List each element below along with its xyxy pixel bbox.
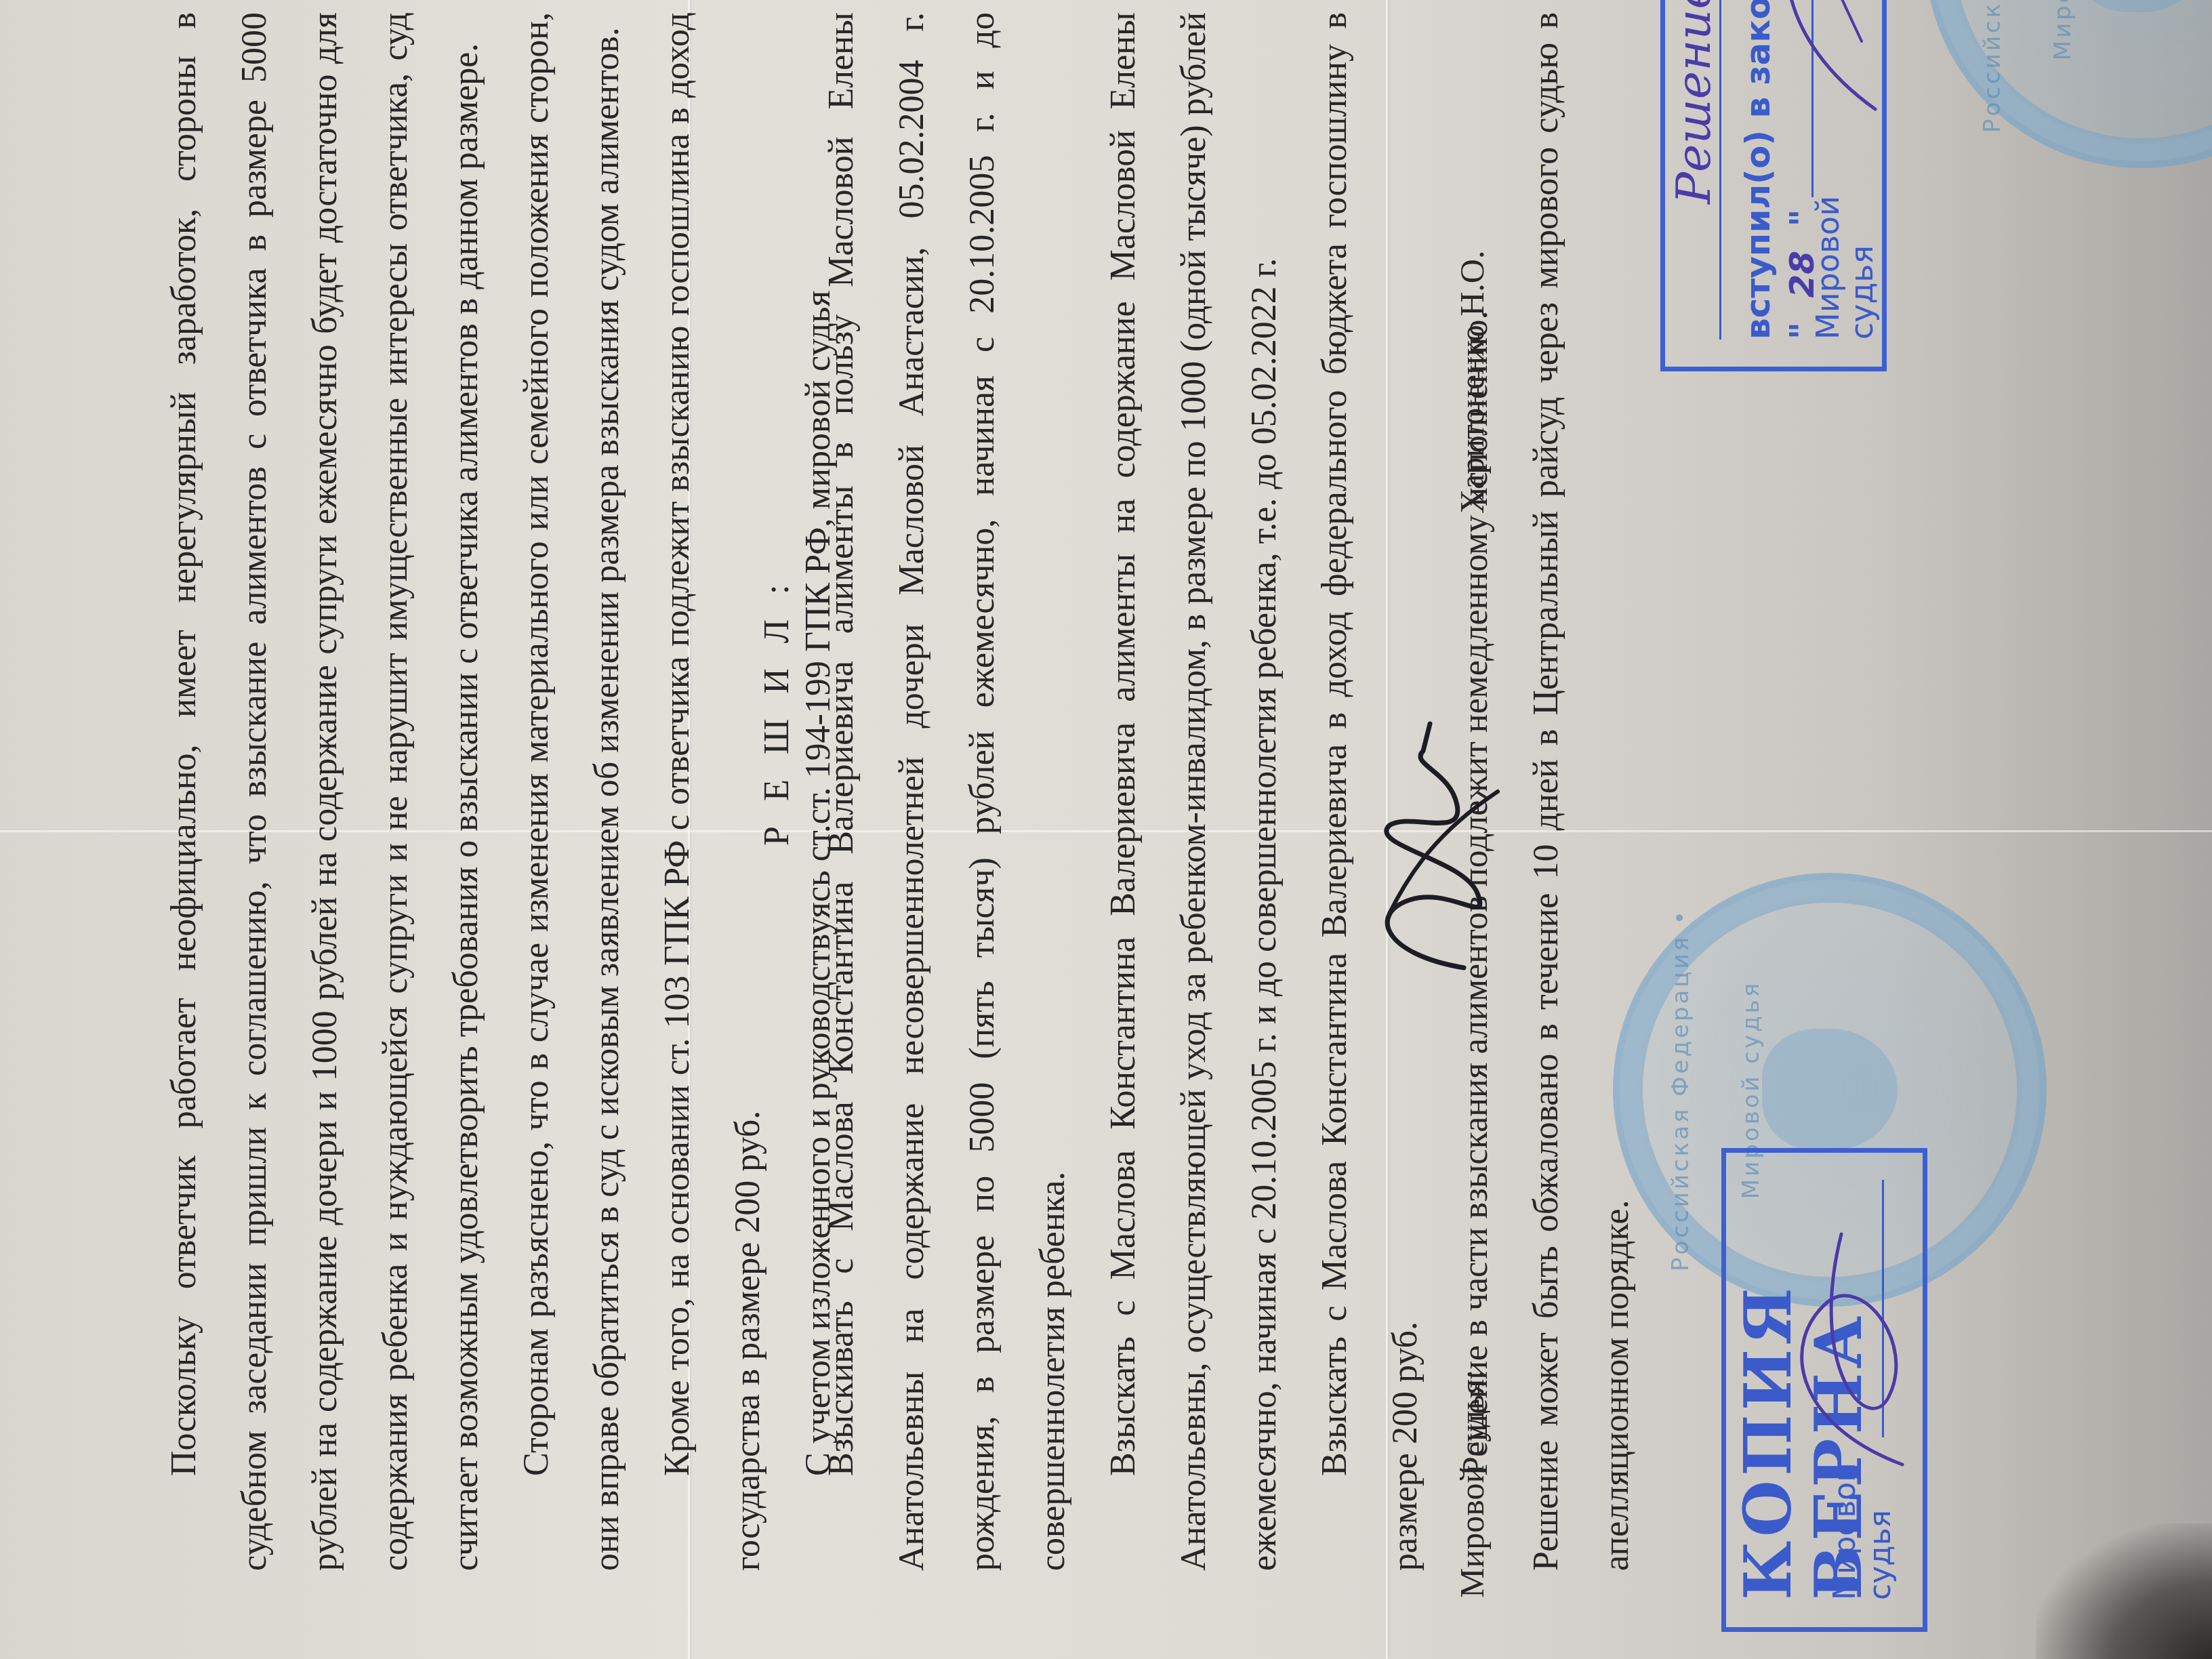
finger-shadow [2036, 1523, 2212, 1659]
in-force-stamp: Решение вступил(о) в законную силу " 28 … [1660, 0, 1887, 371]
paragraph: Взыскать с Маслова Константина Валериеви… [1088, 12, 1300, 1571]
paragraph: Сторонам разъяснено, что в случае измене… [501, 12, 642, 1571]
stamp-label: Мировой судья [1828, 1462, 1898, 1600]
coat-of-arms-icon [1762, 1029, 1898, 1151]
stamp-rule [1719, 0, 1721, 340]
judge-label: Мировой судья: [1437, 1370, 1507, 1598]
judge-name: Харитоненко Н.О. [1437, 251, 1507, 514]
handwritten-note: Решение [1658, 0, 1729, 204]
decision-heading: Р Е Ш И Л : [742, 577, 813, 846]
stamp-signature [1767, 1207, 1943, 1478]
stamp-label: Мировой судья [1811, 196, 1879, 340]
stamp-signature [1740, 0, 1902, 123]
paragraph: Взыскивать с Маслова Константина Валерие… [806, 12, 1088, 1571]
paragraph: Поскольку ответчик работает неофициально… [149, 12, 501, 1571]
copy-certified-stamp: КОПИЯ ВЕРНА Мировой судья [1721, 1148, 1927, 1632]
seal-text: Российская Федерация • Мировой судья [1957, 0, 2098, 161]
paragraph: Решение может быть обжаловано в течение … [1511, 12, 1652, 1571]
stamp-line: Мировой [1811, 196, 1845, 340]
judge-signature [1328, 710, 1532, 995]
document-page: Поскольку ответчик работает неофициально… [0, 0, 2212, 1659]
stamp-line: судья [1845, 196, 1879, 340]
stamp-line: Мировой [1828, 1462, 1863, 1600]
stamp-line: судья [1863, 1462, 1898, 1600]
round-seal: Российская Федерация • Мировой судья [1925, 0, 2212, 168]
